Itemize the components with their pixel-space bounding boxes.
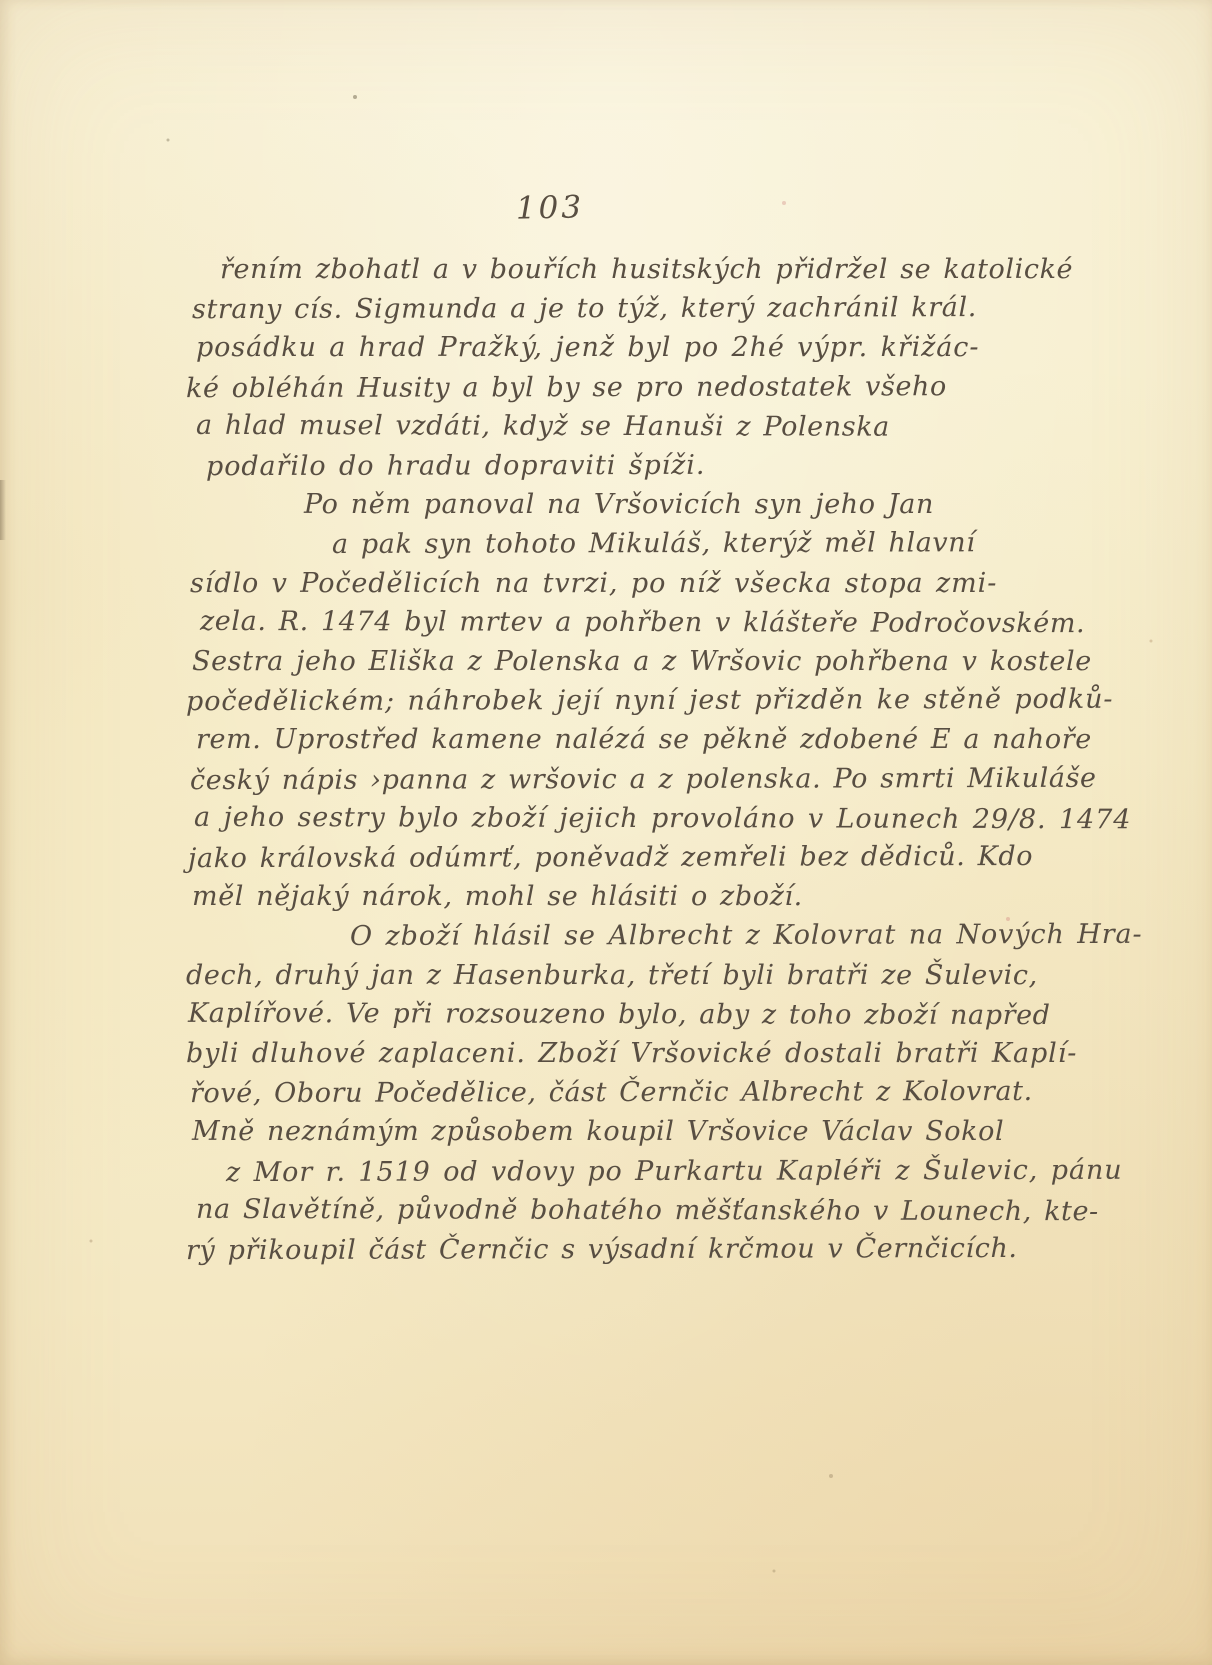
manuscript-line: podařilo do hradu dopraviti špíži. xyxy=(206,445,1066,486)
manuscript-line: a pak syn tohoto Mikuláš, kterýž měl hla… xyxy=(332,523,1066,564)
manuscript-line: a jeho sestry bylo zboží jejich provolán… xyxy=(194,798,1066,839)
manuscript-line: dech, druhý jan z Hasenburka, třetí byli… xyxy=(186,956,1066,995)
manuscript-line: O zboží hlásil se Albrecht z Kolovrat na… xyxy=(350,916,1066,957)
manuscript-line: zela. R. 1474 byl mrtev a pohřben v kláš… xyxy=(200,602,1066,643)
manuscript-line: Po něm panoval na Vršovicích syn jeho Ja… xyxy=(304,485,1066,524)
manuscript-line: byli dluhové zaplaceni. Zboží Vršovické … xyxy=(186,1034,1066,1073)
manuscript-line: jako královská odúmrť, poněvadž zemřeli … xyxy=(188,837,1066,879)
manuscript-text-block: řením zbohatl a v bouřích husitských při… xyxy=(186,250,1066,1269)
manuscript-line: rý přikoupil část Černčic s výsadní krčm… xyxy=(186,1229,1066,1271)
page-number: 103 xyxy=(0,180,1100,235)
manuscript-line: Mně neznámým způsobem koupil Vršovice Vá… xyxy=(192,1112,1066,1151)
manuscript-line: z Mor r. 1519 od vdovy po Purkartu Kaplé… xyxy=(226,1151,1066,1192)
scan-edge-shadow xyxy=(0,480,6,540)
paper-specks xyxy=(0,0,2,2)
manuscript-line: na Slavětíně, původně bohatého měšťanské… xyxy=(196,1190,1066,1231)
manuscript-line: měl nějaký nárok, mohl se hlásiti o zbož… xyxy=(192,877,1066,916)
manuscript-line: řové, Oboru Počedělice, část Černčic Alb… xyxy=(190,1072,1066,1113)
manuscript-line: sídlo v Počedělicích na tvrzi, po níž vš… xyxy=(190,564,1066,603)
manuscript-line: Sestra jeho Eliška z Polenska a z Wršovi… xyxy=(192,642,1066,681)
manuscript-line: posádku a hrad Pražký, jenž byl po 2hé v… xyxy=(196,328,1066,367)
manuscript-line: ké obléhán Husity a byl by se pro nedost… xyxy=(186,366,1066,408)
manuscript-line: český nápis ›panna z wršovic a z polensk… xyxy=(190,758,1066,799)
manuscript-line: řením zbohatl a v bouřích husitských při… xyxy=(220,250,1066,289)
manuscript-page: 103 řením zbohatl a v bouřích husitských… xyxy=(0,0,1212,1665)
manuscript-line: strany cís. Sigmunda a je to týž, který … xyxy=(192,288,1066,329)
manuscript-line: a hlad musel vzdáti, když se Hanuši z Po… xyxy=(196,406,1066,447)
manuscript-line: Kaplířové. Ve při rozsouzeno bylo, aby z… xyxy=(188,994,1066,1036)
manuscript-line: počedělickém; náhrobek její nyní jest př… xyxy=(186,680,1066,722)
manuscript-line: rem. Uprostřed kamene nalézá se pěkně zd… xyxy=(196,720,1066,759)
